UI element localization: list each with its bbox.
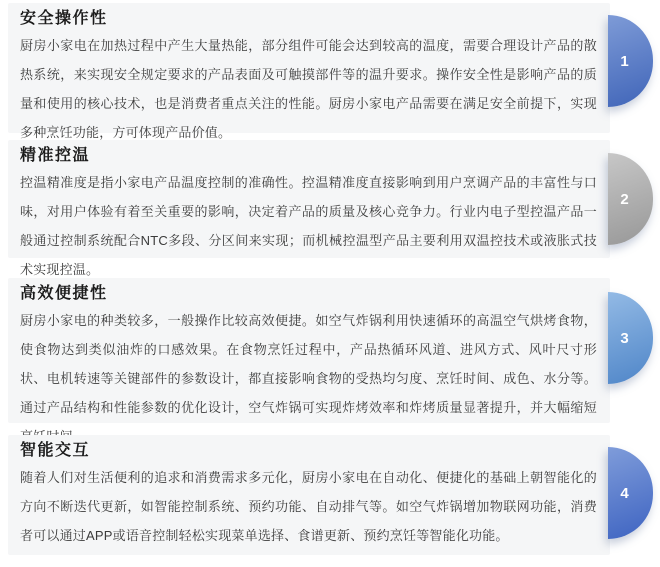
section-body: 随着人们对生活便利的追求和消费需求多元化，厨房小家电在自动化、便捷化的基础上朝智… [20, 463, 597, 550]
step-number: 3 [602, 330, 647, 347]
step-badge-2: 2 [608, 153, 653, 245]
section-card-temperature-control: 精准控温 控温精准度是指小家电产品温度控制的准确性。控温精准度直接影响到用户烹调… [8, 140, 610, 258]
step-number: 4 [602, 485, 647, 502]
section-body: 厨房小家电在加热过程中产生大量热能，部分组件可能会达到较高的温度，需要合理设计产… [20, 31, 597, 147]
step-badge-1: 1 [608, 15, 653, 107]
section-card-smart-interaction: 智能交互 随着人们对生活便利的追求和消费需求多元化，厨房小家电在自动化、便捷化的… [8, 435, 610, 555]
step-number: 1 [602, 53, 647, 70]
step-badge-3: 3 [608, 292, 653, 384]
section-title: 高效便捷性 [20, 283, 597, 304]
section-card-efficiency: 高效便捷性 厨房小家电的种类较多，一般操作比较高效便捷。如空气炸锅利用快速循环的… [8, 278, 610, 423]
section-card-safety: 安全操作性 厨房小家电在加热过程中产生大量热能，部分组件可能会达到较高的温度，需… [8, 3, 610, 133]
section-title: 精准控温 [20, 145, 597, 166]
step-badge-4: 4 [608, 447, 653, 539]
section-title: 智能交互 [20, 440, 597, 461]
section-body: 控温精准度是指小家电产品温度控制的准确性。控温精准度直接影响到用户烹调产品的丰富… [20, 168, 597, 284]
step-number: 2 [602, 191, 647, 208]
feature-infographic: 安全操作性 厨房小家电在加热过程中产生大量热能，部分组件可能会达到较高的温度，需… [0, 0, 660, 567]
section-body: 厨房小家电的种类较多，一般操作比较高效便捷。如空气炸锅利用快速循环的高温空气烘烤… [20, 306, 597, 451]
section-title: 安全操作性 [20, 8, 597, 29]
